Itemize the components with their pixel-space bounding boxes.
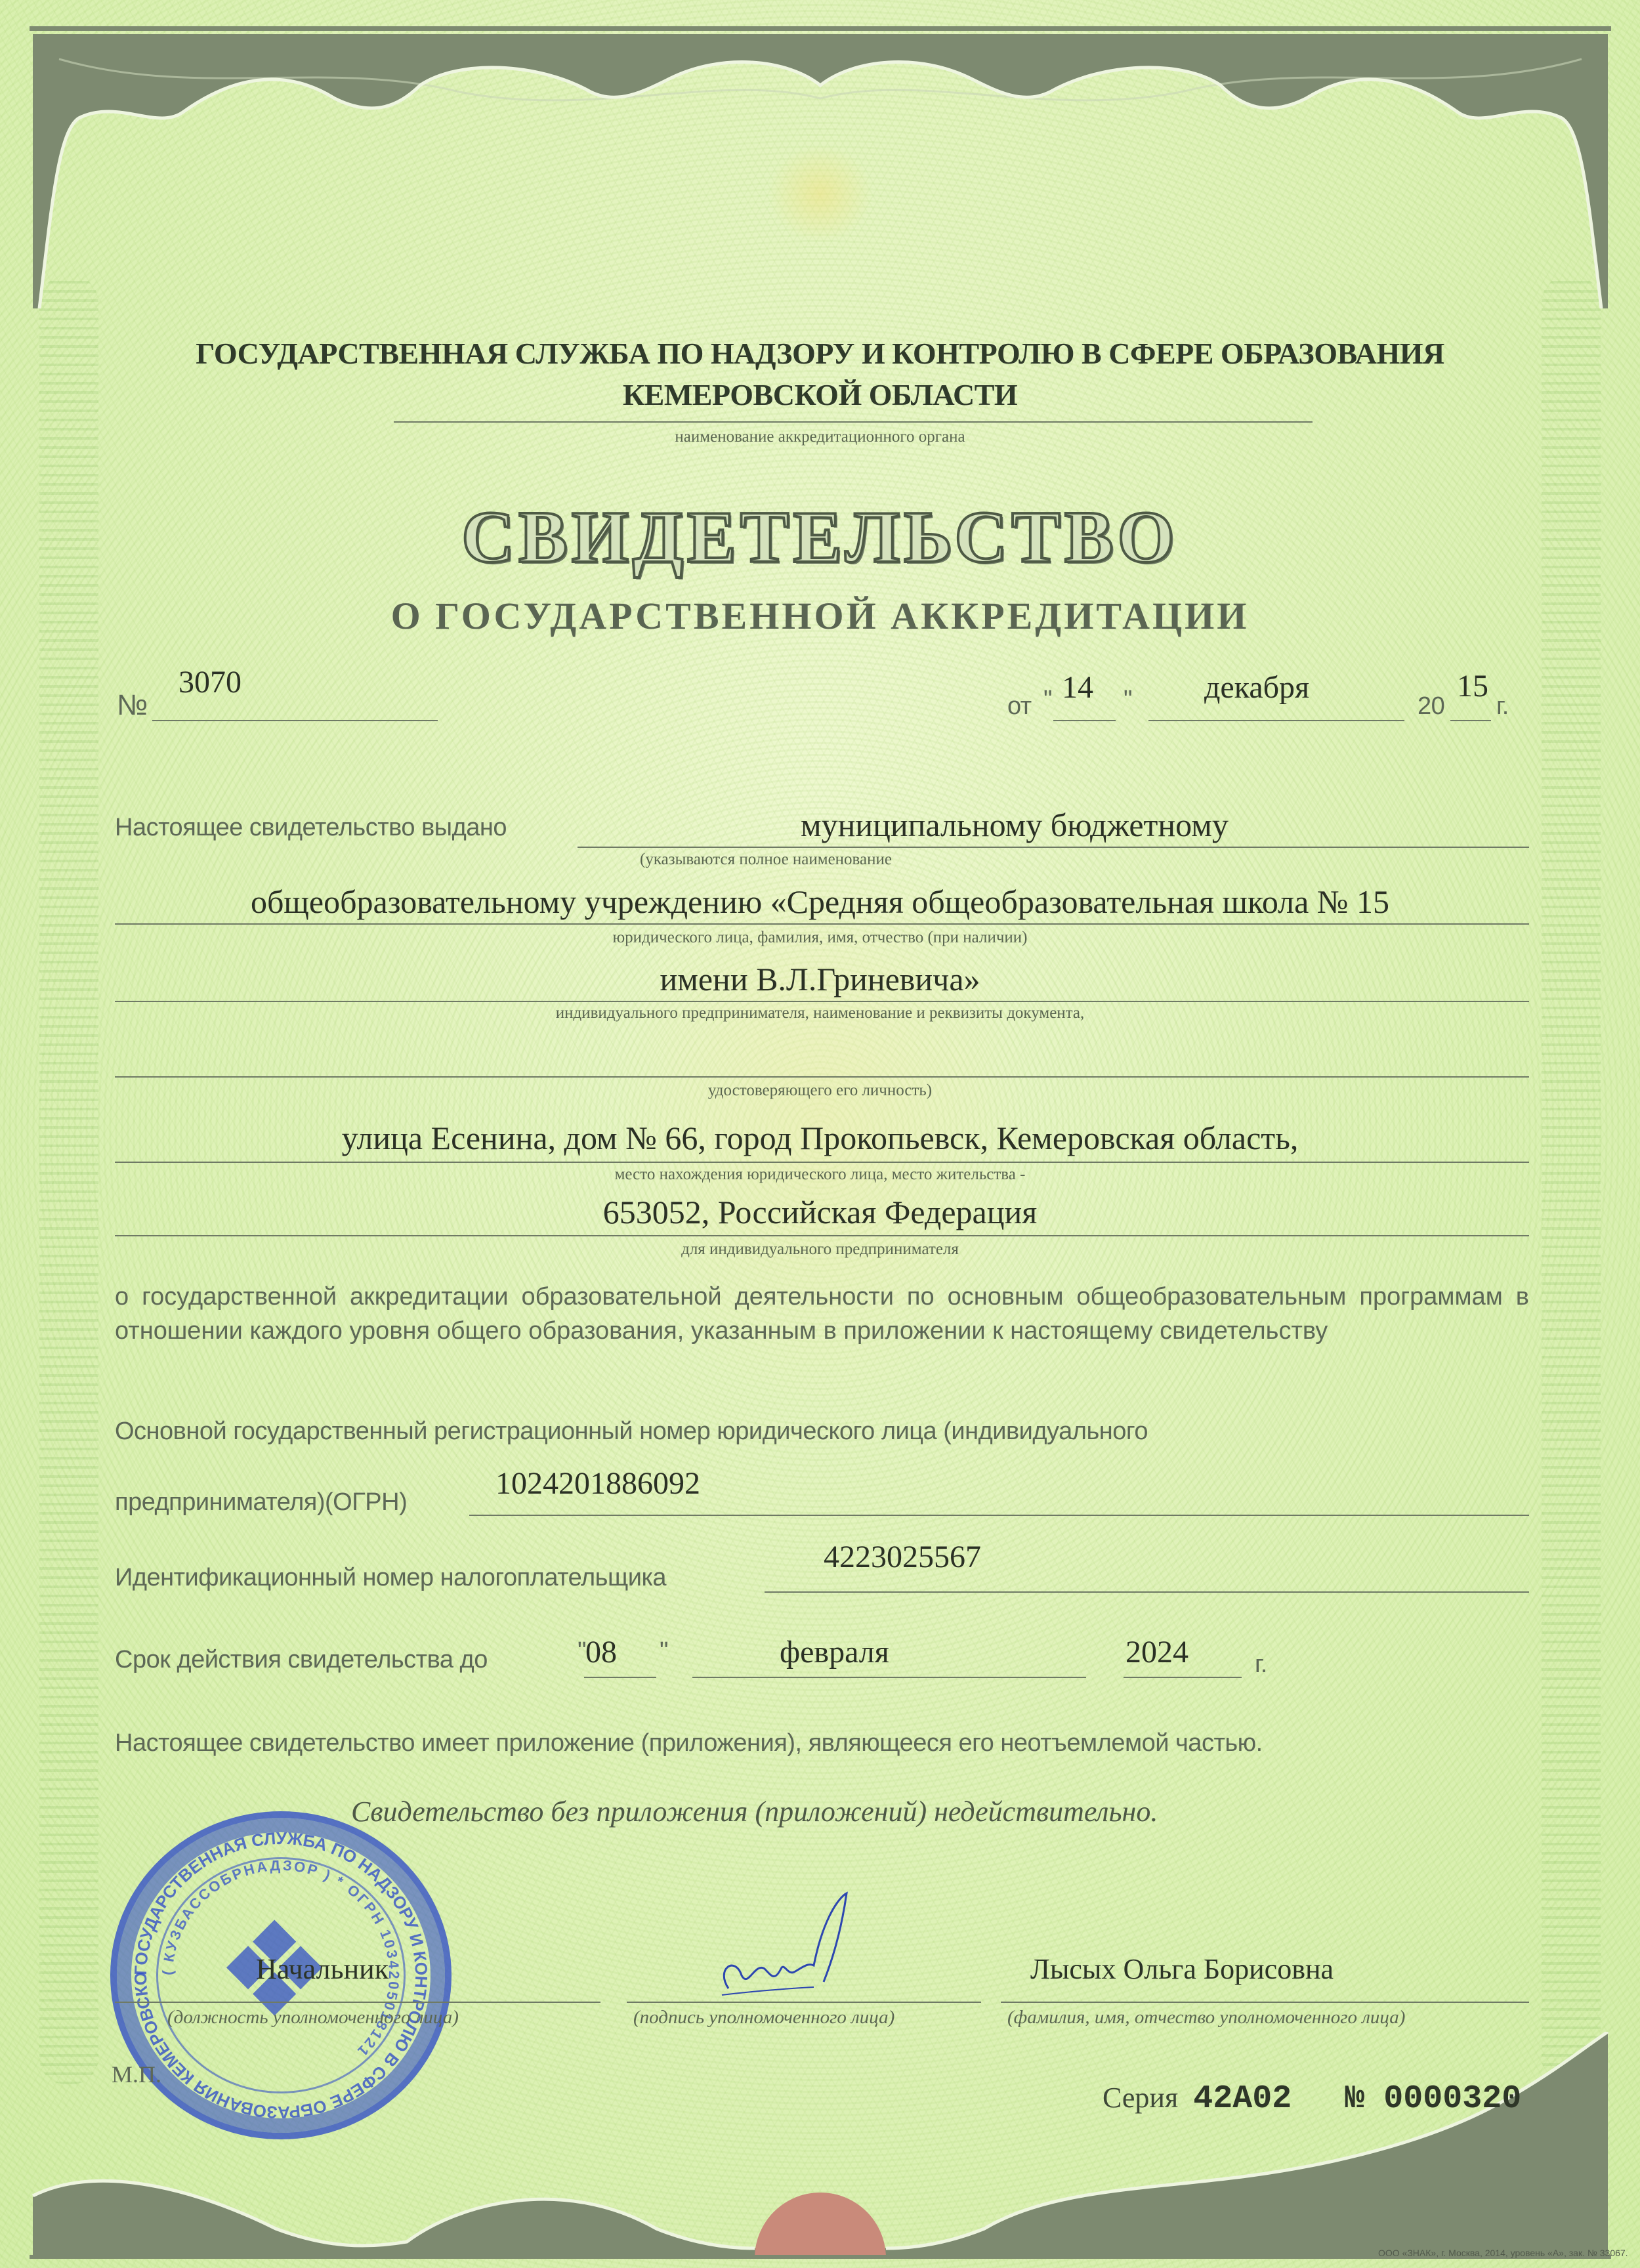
address-line2: 653052, Российская Федерация	[0, 1193, 1640, 1231]
number-underline	[152, 720, 438, 721]
validity-label: Срок действия свидетельства до	[115, 1646, 488, 1674]
date-year-unit: г.	[1496, 692, 1509, 721]
validity-year: 2024	[1125, 1634, 1188, 1670]
blank-number-label: №	[1345, 2080, 1364, 2118]
position-caption: (должность уполномоченного лица)	[167, 2007, 459, 2028]
date-year-suffix: 15	[1457, 668, 1488, 704]
ogrn-underline	[469, 1515, 1529, 1516]
position-underline	[115, 2002, 600, 2003]
year-underline	[1450, 720, 1491, 721]
issued-to-line1: муниципальному бюджетному	[801, 806, 1229, 844]
issued-to-underline1	[578, 847, 1529, 848]
accreditation-purpose: о государственной аккредитации образоват…	[115, 1280, 1529, 1348]
printer-imprint: ООО «ЗНАК», г. Москва, 2014, уровень «А»…	[1378, 2248, 1628, 2258]
authority-name-line2: КЕМЕРОВСКОЙ ОБЛАСТИ	[0, 377, 1640, 412]
issued-to-underline2	[115, 923, 1529, 925]
issued-to-caption3: индивидуального предпринимателя, наимено…	[0, 1004, 1640, 1022]
date-day: 14	[1062, 669, 1093, 705]
date-prefix: от	[1007, 692, 1032, 721]
address-caption2: для индивидуального предпринимателя	[0, 1240, 1640, 1259]
name-underline	[1001, 2002, 1529, 2003]
issued-to-caption1: (указываются полное наименование	[640, 850, 892, 869]
invalid-without-appendix-note: Свидетельство без приложения (приложений…	[351, 1795, 1158, 1828]
validity-day: 08	[585, 1634, 617, 1670]
issued-to-caption2: юридического лица, фамилия, имя, отчеств…	[0, 929, 1640, 947]
issued-to-line2: общеобразовательному учреждению «Средняя…	[0, 883, 1640, 921]
seal-place-label: М.П.	[112, 2061, 161, 2088]
ogrn-value: 1024201886092	[495, 1465, 700, 1501]
address-underline2	[115, 1235, 1529, 1236]
month-underline	[1148, 720, 1404, 721]
validity-quote-close: "	[660, 1637, 668, 1666]
issued-to-underline4	[115, 1076, 1529, 1078]
signatory-position: Начальник	[256, 1952, 389, 1986]
signature-underline	[627, 2002, 981, 2003]
document-title: СВИДЕТЕЛЬСТВО	[0, 495, 1640, 580]
top-ornament-frame	[0, 0, 1640, 315]
appendix-note: Настоящее свидетельство имеет приложение…	[115, 1729, 1263, 1757]
day-underline	[1053, 720, 1116, 721]
issued-to-underline3	[115, 1001, 1529, 1002]
validity-year-unit: г.	[1255, 1650, 1267, 1679]
inn-underline	[765, 1591, 1529, 1593]
validity-day-underline	[584, 1677, 656, 1678]
date-year-prefix: 20	[1418, 692, 1444, 721]
certificate-number-label: №	[117, 689, 148, 722]
name-caption: (фамилия, имя, отчество уполномоченного …	[1007, 2007, 1405, 2028]
authority-underline	[394, 421, 1313, 423]
ogrn-label-line1: Основной государственный регистрационный…	[115, 1417, 1148, 1446]
authority-name-line1: ГОСУДАРСТВЕННАЯ СЛУЖБА ПО НАДЗОРУ И КОНТ…	[0, 336, 1640, 371]
address-caption1: место нахождения юридического лица, мест…	[0, 1165, 1640, 1184]
handwritten-signature	[709, 1890, 925, 2008]
issued-to-label: Настоящее свидетельство выдано	[115, 814, 507, 842]
validity-month: февраля	[780, 1634, 889, 1670]
signature-caption: (подпись уполномоченного лица)	[633, 2007, 894, 2028]
address-line1: улица Есенина, дом № 66, город Прокопьев…	[0, 1119, 1640, 1157]
authority-caption: наименование аккредитационного органа	[0, 428, 1640, 446]
address-underline1	[115, 1162, 1529, 1163]
series-value: 42А02	[1193, 2080, 1292, 2118]
certificate-number: 3070	[179, 664, 242, 700]
blank-series: Серия 42А02 № 0000320	[1103, 2080, 1521, 2118]
ogrn-label-line2: предпринимателя)(ОГРН)	[115, 1488, 407, 1517]
issued-to-line3: имени В.Л.Гриневича»	[0, 960, 1640, 998]
blank-number: 0000320	[1383, 2080, 1521, 2118]
inn-value: 4223025567	[824, 1539, 981, 1575]
document-subtitle: О ГОСУДАРСТВЕННОЙ АККРЕДИТАЦИИ	[0, 594, 1640, 638]
date-quote-close: "	[1124, 686, 1132, 714]
signatory-name: Лысых Ольга Борисовна	[1030, 1952, 1334, 1986]
date-month: декабря	[1204, 669, 1309, 705]
validity-year-underline	[1124, 1677, 1242, 1678]
validity-month-underline	[692, 1677, 1086, 1678]
issued-to-caption4: удостоверяющего его личность)	[0, 1081, 1640, 1100]
inn-label: Идентификационный номер налогоплательщик…	[115, 1564, 666, 1592]
series-label: Серия	[1103, 2082, 1178, 2114]
date-quote-open: "	[1043, 686, 1052, 714]
